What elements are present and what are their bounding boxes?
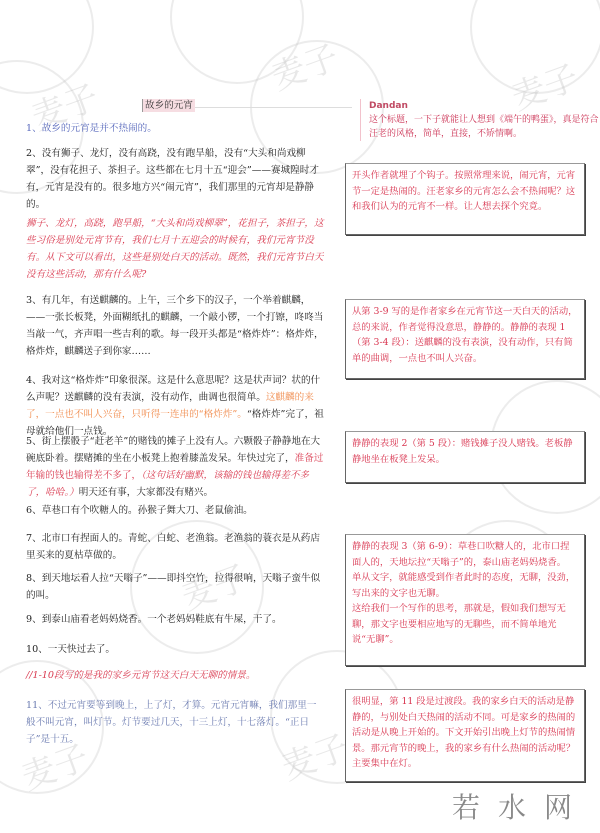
paragraph-2: 2、没有狮子、龙灯，没有高跷，没有跑旱船，没有“大头和尚戏柳翠”，没有花担子、茶… bbox=[26, 145, 324, 213]
paragraph-5-end: 明天还有事，大家都没有赌兴。 bbox=[79, 487, 213, 498]
watermark-circle bbox=[0, 0, 94, 94]
paragraph-11: 11、不过元宵要等到晚上，上了灯，才算。元宵元宵嘛，我们那里一般不叫元宵，叫灯节… bbox=[26, 697, 324, 748]
paragraph-1: 1、故乡的元宵是并不热闹的。 bbox=[26, 120, 324, 137]
comment-box-2: 从第 3-9 写的是作者家乡在元宵节这一天白天的活动，总的来说，作者觉得没意思，… bbox=[345, 299, 585, 379]
paragraph-6: 6、草巷口有个吹糖人的。孙猴子舞大刀、老鼠偷油。 bbox=[26, 502, 324, 519]
paragraph-7: 7、北市口有捏面人的。青蛇、白蛇、老渔翁。老渔翁的蓑衣是从药店里买来的夏枯草做的… bbox=[26, 530, 324, 564]
comment-author: Dandan bbox=[369, 99, 599, 113]
document-title: 故乡的元宵 bbox=[142, 99, 195, 112]
watermark-circle bbox=[470, 0, 600, 94]
paragraph-3: 3、有几年，有送麒麟的。上午，三个乡下的汉子，一个举着麒麟，——一张长板凳，外面… bbox=[26, 292, 324, 360]
site-logo: 若水网 bbox=[452, 786, 590, 826]
comment-head: Dandan 这个标题，一下子就能让人想到《端午的鸭蛋》，真是符合汪老的风格，简… bbox=[360, 99, 599, 141]
comment-box-1: 开头作者就埋了个钩子。按照常理来说，闹元宵，元宵节一定是热闹的。汪老家乡的元宵怎… bbox=[345, 163, 585, 235]
watermark-text: 麦子 bbox=[264, 30, 345, 99]
paragraph-8: 8、到天地坛看人拉“天嗡子”——即抖空竹，拉得很响，天嗡子蛮牛似的叫。 bbox=[26, 570, 324, 604]
comment-box-5: 很明显，第 11 段是过渡段。我的家乡白天的活动是静静的，与别处白天热闹的活动不… bbox=[345, 689, 585, 782]
paragraph-9: 9、到泰山庙看老妈妈烧香。一个老妈妈鞋底有牛屎，干了。 bbox=[26, 611, 324, 628]
comment-box-3: 静静的表现 2（第 5 段）：赌钱摊子没人赌钱。老板静静地坐在板凳上发呆。 bbox=[345, 431, 585, 483]
watermark-circle bbox=[170, 0, 304, 84]
paragraph-5-main: 5、街上摆骰子“赶老羊”的赌钱的摊子上没有人。六颗骰子静静地在大碗底卧着。摆赌摊… bbox=[26, 436, 320, 464]
comment-text: 这个标题，一下子就能让人想到《端午的鸭蛋》，真是符合汪老的风格，简单，直接，不矫… bbox=[369, 113, 599, 141]
comment-box-4-line-1: 静静的表现 3（第 6-9）：草巷口吹糖人的，北市口捏面人的，天地坛拉“天嗡子”… bbox=[352, 539, 578, 570]
comment-box-4-line-3: 这给我们一个写作的思考，那就是，假如我们想写无聊，那文字也要相应地写的无聊些，而… bbox=[352, 601, 578, 648]
comment-box-4: 静静的表现 3（第 6-9）：草巷口吹糖人的，北市口捏面人的，天地坛拉“天嗡子”… bbox=[345, 534, 585, 666]
paragraph-2-note: 狮子、龙灯，高跷，跑旱船，“大头和尚戏柳翠”，花担子，茶担子，这些习俗是别处元宵… bbox=[26, 215, 324, 283]
paragraph-10: 10、一天快过去了。 bbox=[26, 641, 324, 658]
paragraph-5: 5、街上摆骰子“赶老羊”的赌钱的摊子上没有人。六颗骰子静静地在大碗底卧着。摆赌摊… bbox=[26, 433, 324, 501]
title-bar: 故乡的元宵 bbox=[142, 93, 352, 108]
paragraph-10-note: //1-10段写的是我的家乡元宵节这天白天无聊的情景。 bbox=[26, 667, 324, 684]
comment-box-4-line-2: 单从文字，就能感受到作者此时的态度，无聊，没劲，写出来的文字也无聊。 bbox=[352, 570, 578, 601]
paragraph-4: 4、我对这“格炸炸”印象很深。这是什么意思呢？这是状声词？状的什么声呢？送麒麟的… bbox=[26, 372, 324, 440]
